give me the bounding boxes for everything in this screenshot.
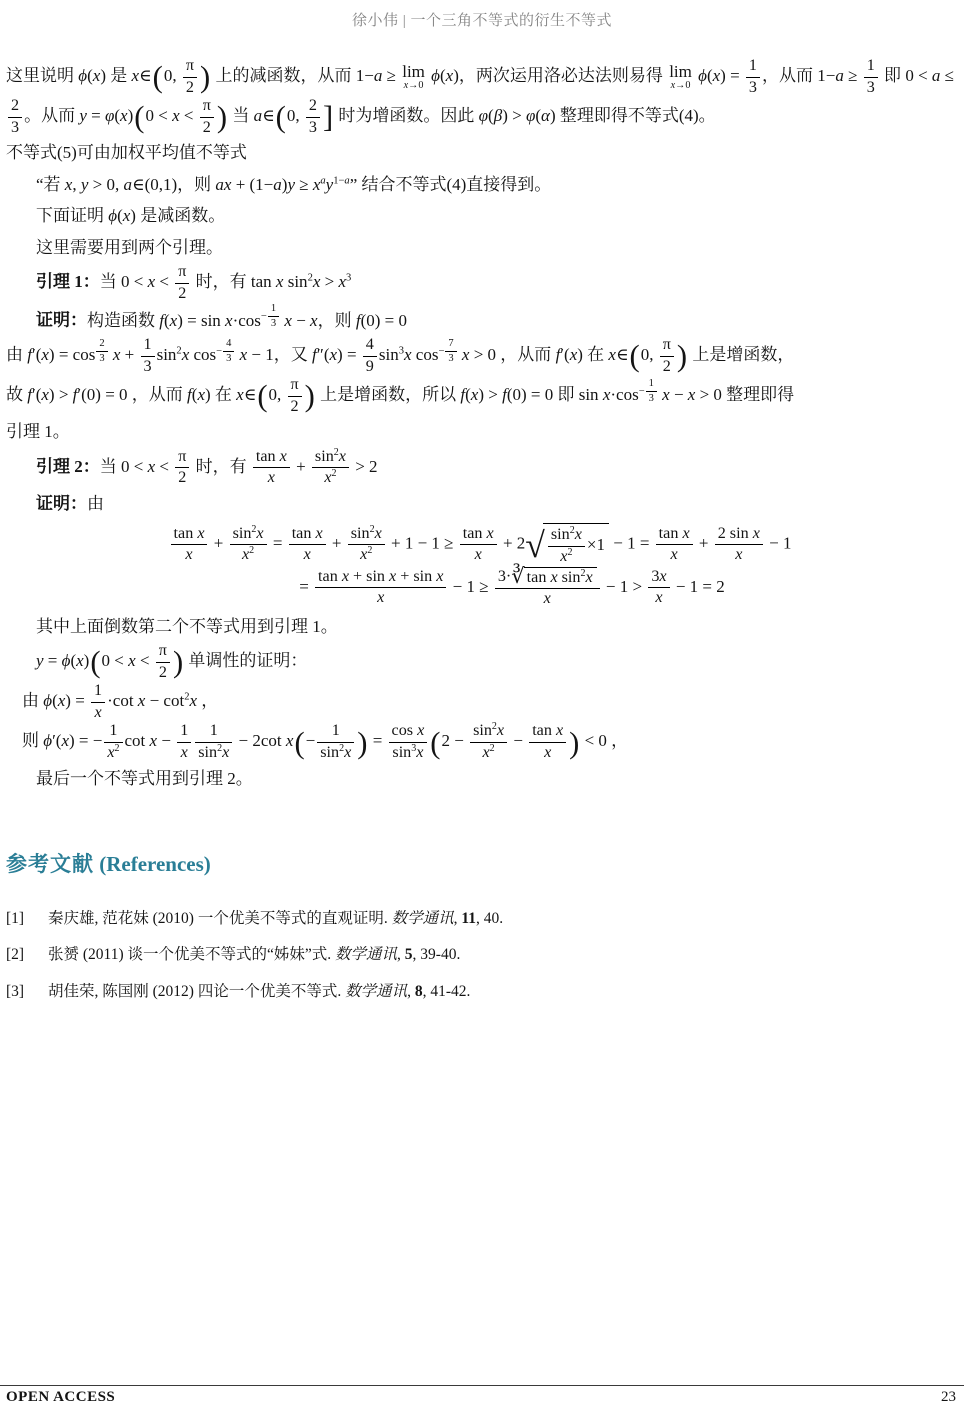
display-equation: tan xx + sin2xx2 = tan xx + sin2xx2 + 1 … [6,523,954,608]
open-access-label: OPEN ACCESS [6,1389,115,1406]
page-footer: OPEN ACCESS 23 [0,1385,964,1411]
proof-2: 证明：由 [6,488,954,519]
lemma-1-conclusion: 引理 1。 [6,416,954,447]
equation-row-2: = tan x + sin x + sin xx − 1 ≥ 3·∛tan x … [6,567,954,609]
phi-derivative: 则 ϕ′(x) = −1x2cot x − 1x1sin2x − 2cot x(… [6,722,954,762]
paragraph: 最后一个不等式用到引理 2。 [6,763,954,794]
paragraph: 这里需要用到两个引理。 [6,232,954,263]
lemma-1-label: 引理 1： [36,272,100,291]
lemma-2: 引理 2：当 0 < x < π2 时，有 tan xx + sin2xx2 >… [6,448,954,488]
reference-text: 张赟 (2011) 谈一个优美不等式的“姊妹”式. 数学通讯, 5, 39-40… [48,944,954,966]
proof-2-body: 由 [87,494,104,513]
proof-2-label: 证明： [36,494,87,513]
proof-1: 证明：构造函数 f(x) = sin x·cos−13 x − x，则 f(0)… [6,303,954,336]
paper-page: 徐小伟 | 一个三角不等式的衍生不等式 这里说明 ϕ(x) 是 x∈(0, π2… [0,0,964,1411]
phi-definition: 由 ϕ(x) = 1x·cot x − cot2x ， [6,682,954,722]
references-heading-cjk: 参考文献 [6,853,94,876]
reference-number: [2] [6,944,48,966]
page-number: 23 [941,1389,956,1406]
reference-number: [1] [6,908,48,930]
monotonicity-claim: y = ϕ(x)(0 < x < π2) 单调性的证明： [6,642,954,682]
lemma-2-label: 引理 2： [36,457,100,476]
paragraph-main: 这里说明 ϕ(x) 是 x∈(0, π2) 上的减函数，从而 1−a ≥ lim… [6,57,954,137]
quoted-inequality: “若 x, y > 0, a∈(0,1)，则 ax + (1−a)y ≥ xay… [6,169,954,200]
monotonic-line: 故 f′(x) > f′(0) = 0 ，从而 f(x) 在 x∈(0, π2)… [6,376,954,416]
references-heading-en: (References) [94,852,211,876]
references-heading: 参考文献 (References) [6,848,964,878]
reference-item: [1] 秦庆雄, 范花妹 (2010) 一个优美不等式的直观证明. 数学通讯, … [6,908,954,930]
lemma-1-statement: 当 0 < x < π2 时，有 tan x sin2x > x3 [100,272,352,291]
proof-1-label: 证明： [36,311,87,330]
derivative-line: 由 f′(x) = cos23 x + 13sin2x cos−43 x − 1… [6,336,954,376]
lemma-1: 引理 1：当 0 < x < π2 时，有 tan x sin2x > x3 [6,263,954,303]
lemma-2-statement: 当 0 < x < π2 时，有 tan xx + sin2xx2 > 2 [100,457,378,476]
article-body: 这里说明 ϕ(x) 是 x∈(0, π2) 上的减函数，从而 1−a ≥ lim… [0,30,964,794]
reference-list: [1] 秦庆雄, 范花妹 (2010) 一个优美不等式的直观证明. 数学通讯, … [6,908,954,1003]
paragraph: 其中上面倒数第二个不等式用到引理 1。 [6,611,954,642]
paragraph: 不等式(5)可由加权平均值不等式 [6,137,954,168]
reference-item: [3] 胡佳荣, 陈国刚 (2012) 四论一个优美不等式. 数学通讯, 8, … [6,981,954,1003]
reference-item: [2] 张赟 (2011) 谈一个优美不等式的“姊妹”式. 数学通讯, 5, 3… [6,944,954,966]
proof-1-body: 构造函数 f(x) = sin x·cos−13 x − x，则 f(0) = … [87,311,407,330]
reference-text: 胡佳荣, 陈国刚 (2012) 四论一个优美不等式. 数学通讯, 8, 41-4… [48,981,954,1003]
running-head: 徐小伟 | 一个三角不等式的衍生不等式 [0,0,964,30]
reference-text: 秦庆雄, 范花妹 (2010) 一个优美不等式的直观证明. 数学通讯, 11, … [48,908,954,930]
equation-row-1: tan xx + sin2xx2 = tan xx + sin2xx2 + 1 … [6,523,954,566]
reference-number: [3] [6,981,48,1003]
paragraph: 下面证明 ϕ(x) 是减函数。 [6,200,954,231]
